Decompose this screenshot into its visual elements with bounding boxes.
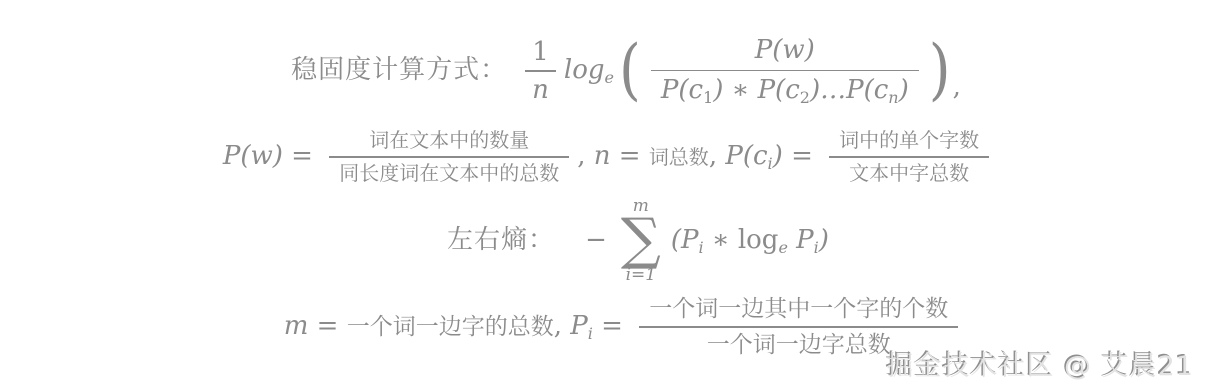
open-paren: ( <box>619 38 641 104</box>
entropy-formula-line: 左右熵： − m ∑ i=1 (Pi ∗ loge Pi) <box>34 196 1208 286</box>
p-c1: P(c <box>661 75 703 105</box>
p-of-w-numerator: P(w) <box>745 31 825 70</box>
p-variable: P <box>788 225 814 255</box>
definitions-formula-line: P(w) = 词在文本中的数量 同长度词在文本中的总数 , n = 词总数, P… <box>6 112 1208 202</box>
product-denominator: P(c1) ∗ P(c2)…P(cn) <box>651 71 919 111</box>
probability-ratio-fraction: P(w) P(c1) ∗ P(c2)…P(cn) <box>651 31 919 111</box>
pci-denominator-text: 文本中字总数 <box>839 158 979 189</box>
open-paren-p: (P <box>671 225 699 255</box>
log-word: log <box>738 225 779 255</box>
close-inner-paren: ) <box>899 75 909 105</box>
p-of-w: P(w) <box>223 141 283 171</box>
comma: , <box>709 141 726 171</box>
stability-label: 稳固度计算方式： <box>291 54 507 88</box>
sub-2: 2 <box>800 88 810 107</box>
close-paren: ) <box>819 225 829 255</box>
p-variable: P <box>570 311 588 341</box>
log-function: loge <box>564 54 614 89</box>
n-variable: n <box>594 141 611 171</box>
comma: , <box>554 311 571 341</box>
pci-numerator-text: 词中的单个字数 <box>829 125 989 156</box>
close-paren: ) <box>929 38 951 104</box>
n-value-text: 词总数 <box>649 145 709 169</box>
equals-sign: = <box>593 311 631 341</box>
log-base: e <box>605 68 614 87</box>
pi-numerator-text: 一个词一边其中一个字的个数 <box>639 292 958 327</box>
m-pi-chunk: m = 一个词一边字的总数, Pi = <box>284 310 631 345</box>
trailing-comma: , <box>953 71 961 105</box>
asterisk-operator: ∗ <box>704 225 738 255</box>
sigma-symbol: ∑ <box>621 215 661 268</box>
entropy-body-chunk: (Pi ∗ loge Pi) <box>671 224 829 259</box>
equals-sign: = <box>783 141 821 171</box>
coef-denominator: n <box>525 72 556 109</box>
close-inner-paren: ) <box>773 141 783 171</box>
one-over-n-fraction: 1 n <box>525 34 556 109</box>
equals-sign: = <box>283 141 321 171</box>
equals-sign: = <box>308 311 346 341</box>
sub-1: 1 <box>703 88 713 107</box>
p-ci: P(c <box>725 141 767 171</box>
m-value-text: 一个词一边字的总数 <box>347 314 554 340</box>
times-p-c2: ) ∗ P(c <box>713 75 800 105</box>
coef-numerator: 1 <box>525 34 556 71</box>
juejin-watermark: 掘金技术社区 @ 艾晨21 <box>886 344 1194 383</box>
n-and-pci-chunk: , n = 词总数, P(ci) = <box>577 140 821 175</box>
dots-p-cn: )…P(c <box>810 75 888 105</box>
entropy-label: 左右熵： <box>447 224 555 258</box>
log-word: log <box>564 55 605 85</box>
pw-numerator-text: 词在文本中的数量 <box>359 125 539 156</box>
pw-definition-fraction: 词在文本中的数量 同长度词在文本中的总数 <box>329 125 569 189</box>
log-base: e <box>778 238 787 257</box>
m-variable: m <box>284 311 309 341</box>
stability-formula-line: 稳固度计算方式： 1 n loge ( P(w) P(c1) ∗ P(c2)…P… <box>22 22 1208 120</box>
minus-sign: − <box>585 224 607 258</box>
equals-sign: = <box>610 141 648 171</box>
pw-denominator-text: 同长度词在文本中的总数 <box>329 158 569 189</box>
pi-denominator-text: 一个词一边字总数 <box>697 328 901 363</box>
pw-equals-chunk: P(w) = <box>223 140 321 174</box>
formula-document: { "colors": { "background": "#ffffff", "… <box>0 0 1208 388</box>
summation-symbol: m ∑ i=1 <box>621 198 661 285</box>
comma: , <box>577 141 594 171</box>
pci-definition-fraction: 词中的单个字数 文本中字总数 <box>829 125 989 189</box>
sub-n: n <box>888 88 898 107</box>
